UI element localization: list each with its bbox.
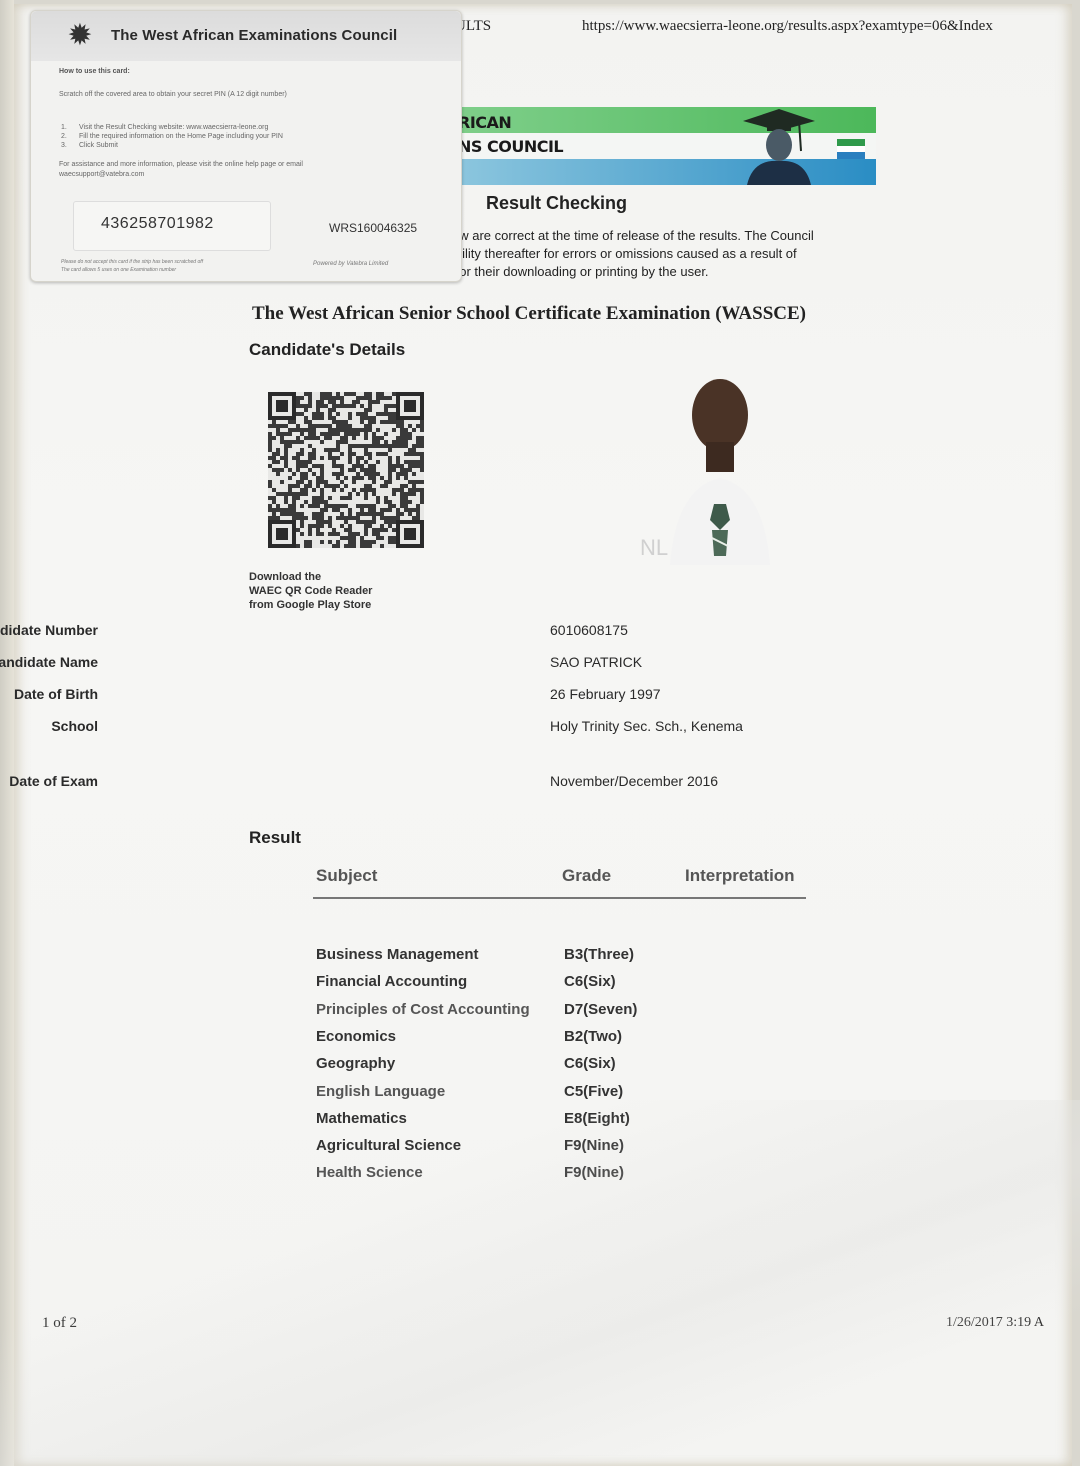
assistance-text: For assistance and more information, ple… — [59, 161, 303, 168]
disclaimer-line: t or their downloading or printing by th… — [452, 263, 814, 281]
result-grade: F9(Nine) — [564, 1137, 624, 1154]
result-subject: Economics — [316, 1028, 396, 1045]
result-grade: C6(Six) — [564, 1055, 616, 1072]
header-divider — [313, 897, 806, 899]
qr-caption: Download the WAEC QR Code Reader from Go… — [249, 570, 372, 612]
column-header-interpretation: Interpretation — [685, 866, 795, 886]
print-header-url: https://www.waecsierra-leone.org/results… — [582, 18, 993, 35]
svg-text:NL: NL — [640, 535, 668, 560]
result-grade: C6(Six) — [564, 973, 616, 990]
result-grade: C5(Five) — [564, 1083, 623, 1100]
result-subject: Financial Accounting — [316, 973, 467, 990]
detail-label: School — [0, 718, 98, 734]
detail-value: SAO PATRICK — [550, 654, 642, 670]
detail-label: Candidate Name — [0, 654, 98, 670]
banner-text-line2: NS COUNCIL — [458, 137, 563, 156]
result-grade: B3(Three) — [564, 946, 634, 963]
sierra-leone-flag-icon — [837, 139, 865, 159]
step-item: 3.Click Submit — [61, 141, 283, 150]
banner-text-line1: RICAN — [458, 113, 511, 132]
result-subject: English Language — [316, 1083, 445, 1100]
result-subject: Business Management — [316, 946, 479, 963]
result-grade: B2(Two) — [564, 1028, 622, 1045]
result-subject: Health Science — [316, 1164, 423, 1181]
step-item: 1.Visit the Result Checking website: www… — [61, 123, 283, 132]
detail-value: Holy Trinity Sec. Sch., Kenema — [550, 718, 743, 734]
result-grade: D7(Seven) — [564, 1001, 637, 1018]
detail-value: 26 February 1997 — [550, 686, 661, 702]
result-subject: Agricultural Science — [316, 1137, 461, 1154]
page-number: 1 of 2 — [42, 1315, 77, 1332]
pin-number: 436258701982 — [101, 215, 214, 233]
scratch-instruction: Scratch off the covered area to obtain y… — [59, 91, 287, 98]
scratch-card-header: ✹ The West African Examinations Council — [31, 11, 461, 61]
detail-label: Candidate Number — [0, 622, 98, 638]
detail-label: Date of Exam — [0, 773, 98, 789]
waec-logo-icon: ✹ — [65, 21, 95, 51]
scratch-card: ✹ The West African Examinations Council … — [30, 10, 462, 282]
result-title: Result — [249, 828, 301, 848]
support-email: waecsupport@vatebra.com — [59, 171, 144, 178]
graduate-image — [733, 107, 819, 185]
result-grade: E8(Eight) — [564, 1110, 630, 1127]
detail-label: Date of Birth — [0, 686, 98, 702]
candidate-details-title: Candidate's Details — [249, 340, 405, 360]
result-checking-title: Result Checking — [486, 193, 627, 214]
serial-number: WRS160046325 — [329, 221, 417, 235]
qr-code — [268, 392, 424, 548]
instruction-steps: 1.Visit the Result Checking website: www… — [61, 123, 283, 150]
disclaimer-line: ibility thereafter for errors or omissio… — [452, 245, 814, 263]
result-subject: Mathematics — [316, 1110, 407, 1127]
step-item: 2.Fill the required information on the H… — [61, 132, 283, 141]
card-footnote: Please do not accept this card if the st… — [61, 258, 203, 274]
candidate-photo: NL — [630, 370, 780, 565]
column-header-subject: Subject — [316, 866, 377, 886]
scratch-card-title: The West African Examinations Council — [111, 27, 397, 44]
print-timestamp: 1/26/2017 3:19 A — [946, 1315, 1044, 1331]
column-header-grade: Grade — [562, 866, 611, 886]
result-subject: Geography — [316, 1055, 395, 1072]
waec-banner: RICAN NS COUNCIL — [458, 107, 876, 185]
detail-value: November/December 2016 — [550, 773, 718, 789]
powered-by: Powered by Vatebra Limited — [313, 261, 388, 267]
how-to-use-label: How to use this card: — [59, 68, 130, 75]
disclaimer-text: ow are correct at the time of release of… — [452, 227, 814, 281]
exam-title: The West African Senior School Certifica… — [252, 303, 806, 325]
result-grade: F9(Nine) — [564, 1164, 624, 1181]
disclaimer-line: ow are correct at the time of release of… — [452, 227, 814, 245]
result-subject: Principles of Cost Accounting — [316, 1001, 530, 1018]
detail-value: 6010608175 — [550, 622, 628, 638]
